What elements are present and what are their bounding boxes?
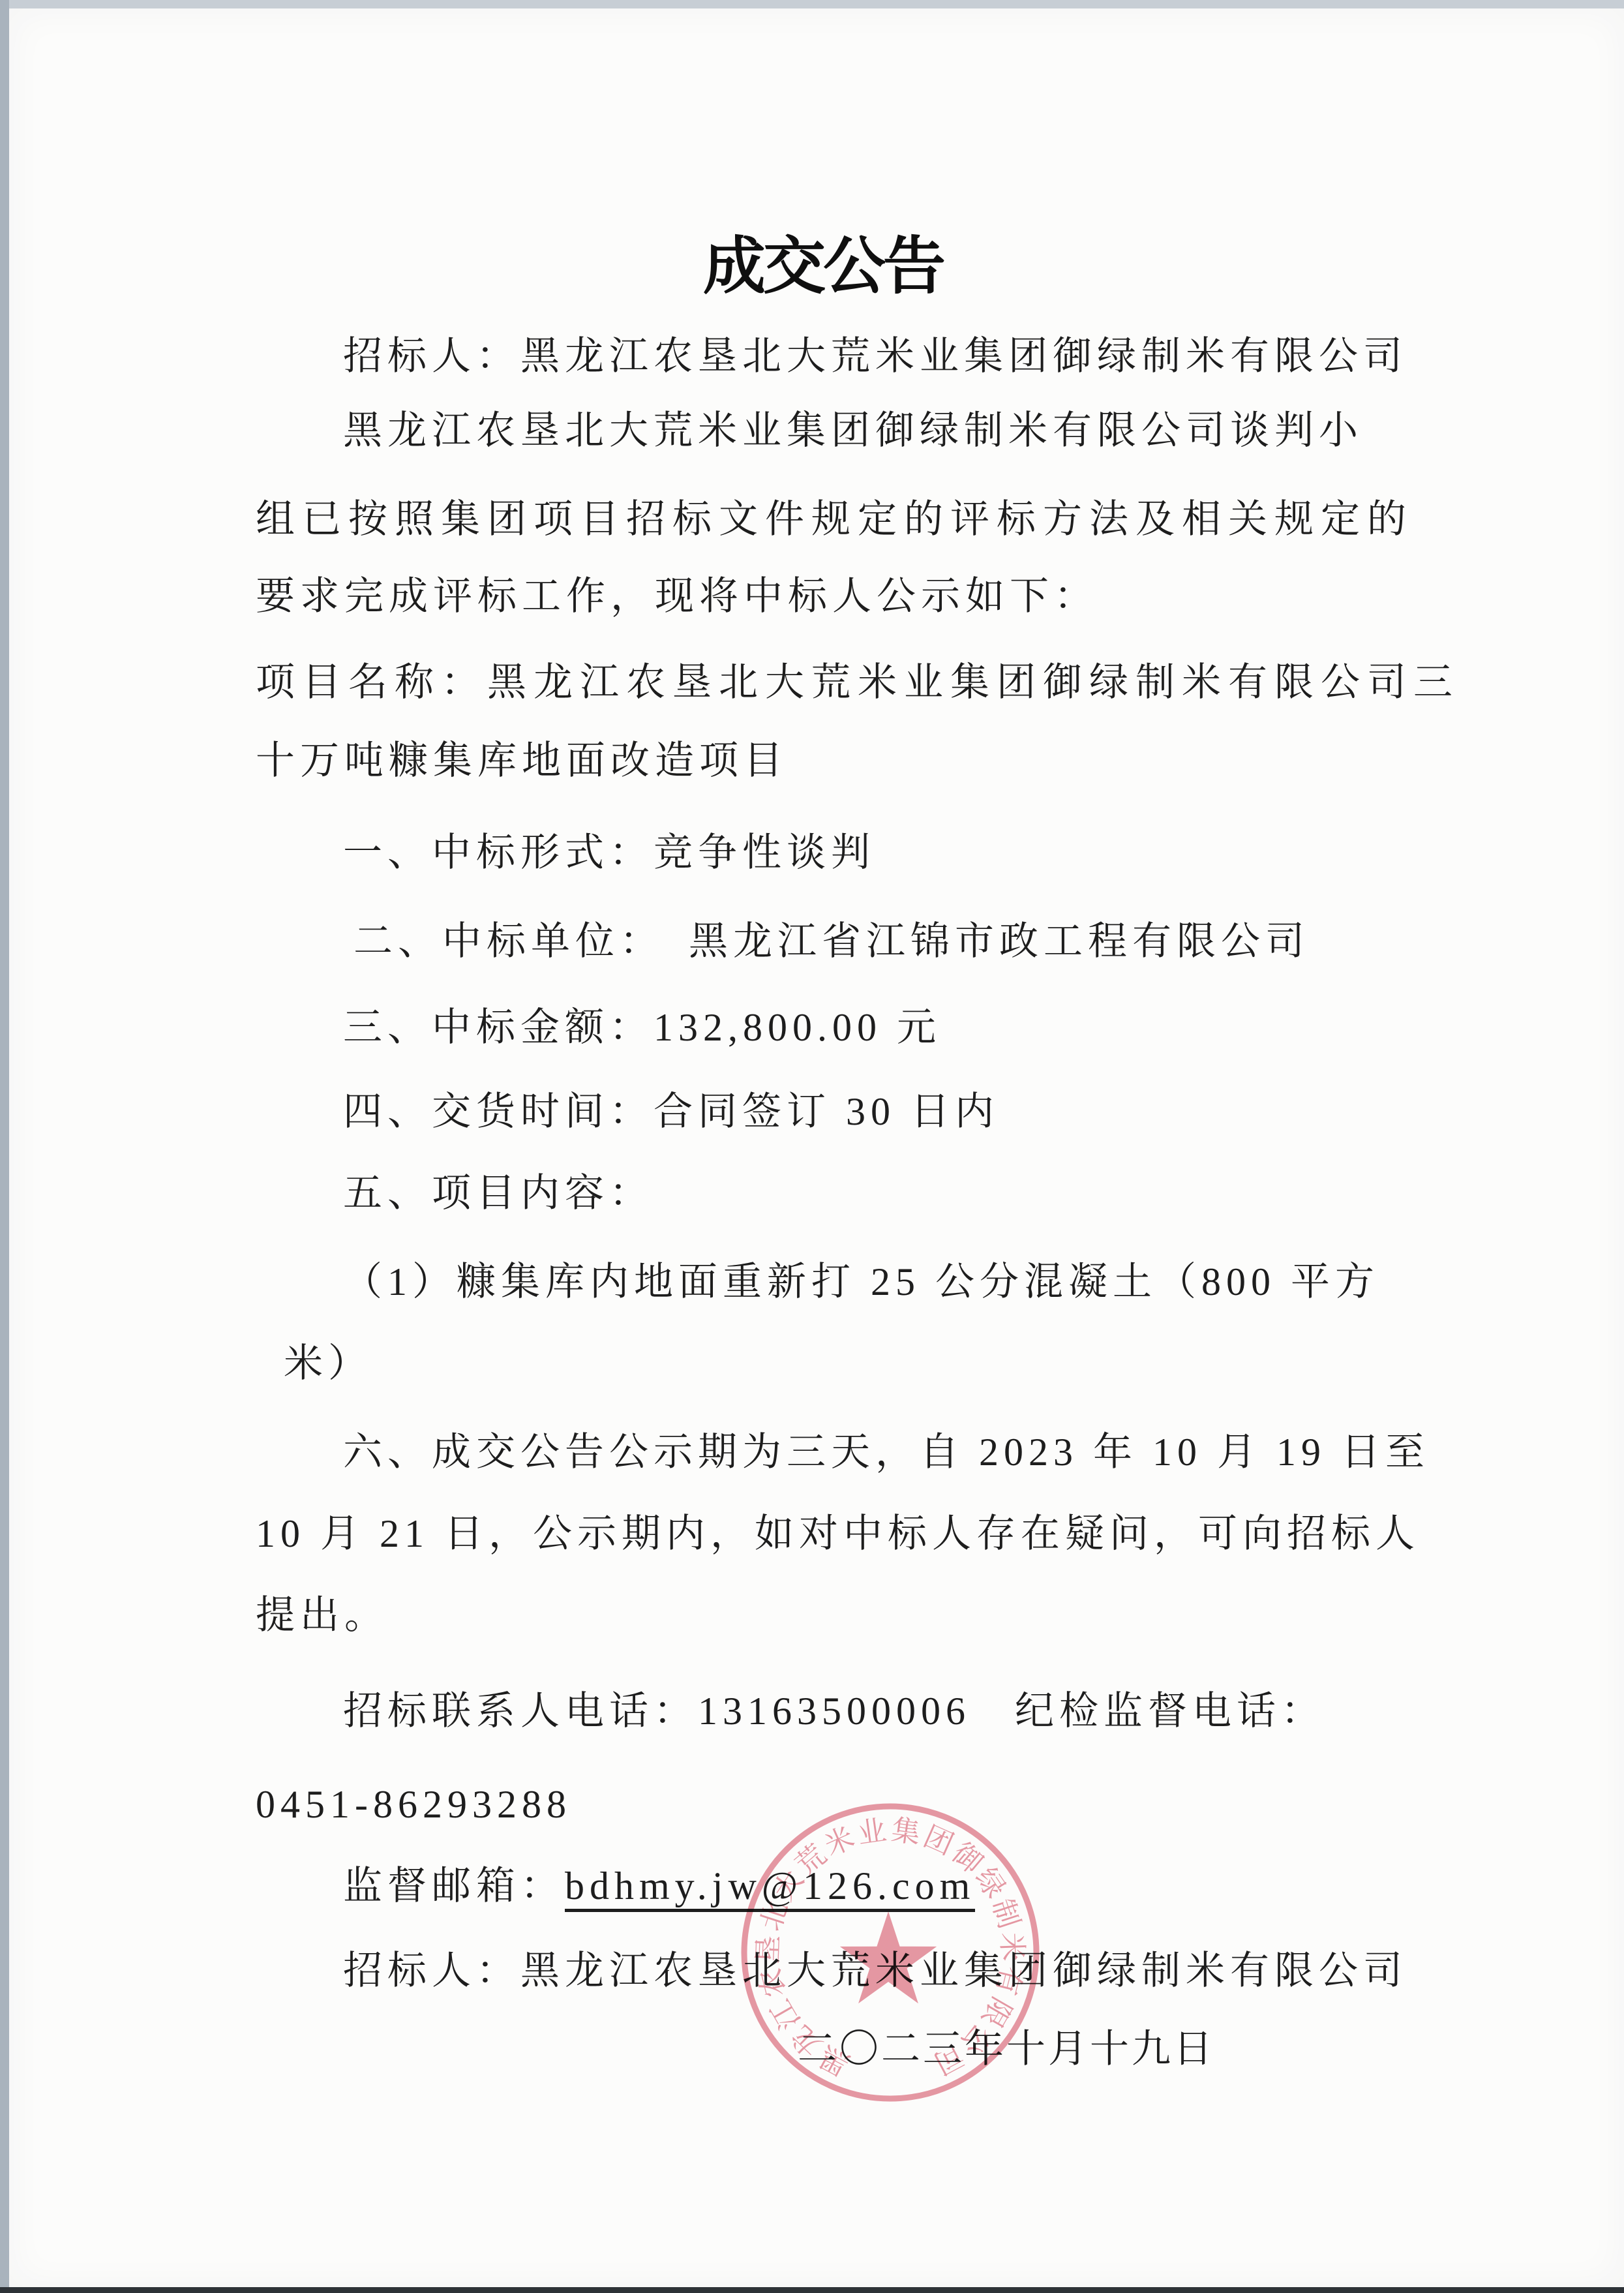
supervision-email-label: 监督邮箱： [343,1864,565,1907]
line-award-amount: 三、中标金额：132,800.00 元 [256,986,1478,1069]
line-publicity-period-2: 10 月 21 日，公示期内，如对中标人存在疑问，可向招标人 [256,1492,1391,1575]
line-negotiation-para-1: 黑龙江农垦北大荒米业集团御绿制米有限公司谈判小 [256,389,1478,472]
line-delivery-time: 四、交货时间：合同签订 30 日内 [256,1070,1478,1153]
scan-edge-left [0,0,9,2293]
line-award-unit: 二、中标单位： 黑龙江省江锦市政工程有限公司 [256,900,1488,983]
line-negotiation-para-3: 要求完成评标工作，现将中标人公示如下： [256,554,1391,638]
line-publicity-period-1: 六、成交公告公示期为三天，自 2023 年 10 月 19 日至 [256,1410,1478,1494]
seal-star [840,1911,937,2003]
scan-edge-bottom [0,2287,1624,2293]
company-seal: 黑龙江农垦北大荒米业集团御绿制米有限公司 [737,1799,1044,2106]
scanned-document: 成交公告 招标人：黑龙江农垦北大荒米业集团御绿制米有限公司 黑龙江农垦北大荒米业… [0,0,1624,2293]
line-award-form: 一、中标形式：竞争性谈判 [256,811,1478,894]
line-project-name-1: 项目名称：黑龙江农垦北大荒米业集团御绿制米有限公司三 [256,641,1391,724]
line-project-name-2: 十万吨糠集库地面改造项目 [256,719,1391,802]
line-publicity-period-3: 提出。 [256,1573,1391,1657]
line-project-content-item1: （1）糠集库内地面重新打 25 公分混凝土（800 平方 [256,1240,1478,1324]
line-project-content-item1-cont: 米） [256,1322,1419,1405]
line-project-content-heading: 五、项目内容： [256,1151,1478,1235]
document-title: 成交公告 [256,224,1391,310]
document-page: 成交公告 招标人：黑龙江农垦北大荒米业集团御绿制米有限公司 黑龙江农垦北大荒米业… [9,8,1624,2287]
line-tenderer-intro: 招标人：黑龙江农垦北大荒米业集团御绿制米有限公司 [256,314,1478,398]
line-contact-phones: 招标联系人电话：13163500006 纪检监督电话： [256,1669,1478,1753]
scan-edge-top [0,0,1624,8]
line-negotiation-para-2: 组已按照集团项目招标文件规定的评标方法及相关规定的 [256,478,1391,561]
